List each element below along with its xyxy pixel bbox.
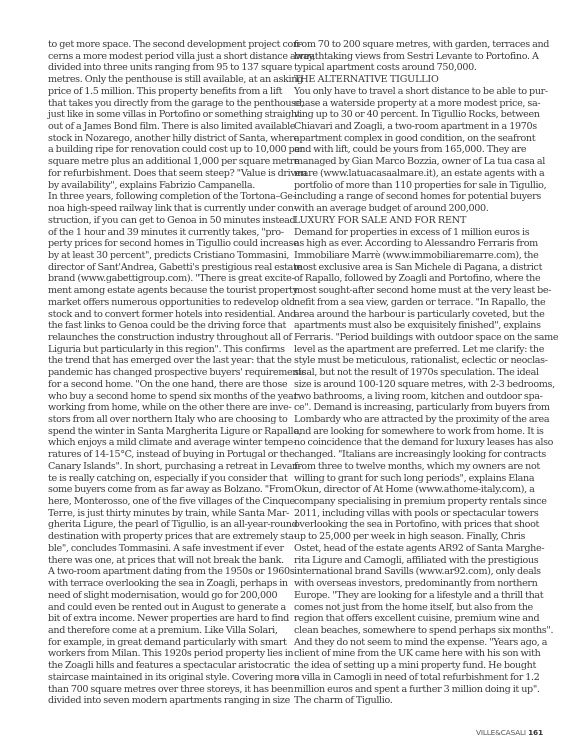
- article-text-line: the idea of setting up a mini property f…: [294, 660, 523, 672]
- article-text-line: ce". Demand is increasing, particularly …: [294, 402, 523, 414]
- article-text-line: price of 1.5 million. This property bene…: [48, 86, 274, 98]
- article-text-line: by at least 30 percent", predicts Cristi…: [48, 250, 274, 262]
- article-text-line: noa high-speed railway link that is curr…: [48, 203, 274, 215]
- article-text-line: most sought-after second home must at th…: [294, 285, 523, 297]
- article-text-line: for example, in great demand particularl…: [48, 637, 274, 649]
- article-text-line: Ostet, head of the estate agents AR92 of…: [294, 543, 523, 555]
- article-text-line: Canary Islands". In short, purchasing a …: [48, 461, 274, 473]
- article-text-line: ment among estate agents because the tou…: [48, 285, 274, 297]
- article-text-line: Immobiliare Marrè (www.immobiliaremarre.…: [294, 250, 523, 262]
- article-text-line: a villa in Camogli in need of total refu…: [294, 672, 523, 684]
- article-text-line: 2011, including villas with pools or spe…: [294, 508, 523, 520]
- article-text-line: spend the winter in Santa Margherita Lig…: [48, 426, 274, 438]
- article-text-line: with terrace overlooking the sea in Zoag…: [48, 578, 274, 590]
- article-text-line: of the 1 hour and 39 minutes it currentl…: [48, 227, 274, 239]
- article-text-line: there was one, at prices that will not b…: [48, 555, 274, 567]
- article-text-line: stors from all over northern Italy who a…: [48, 414, 274, 426]
- article-text-line: te is really catching on, especially if …: [48, 473, 274, 485]
- article-text-line: stock and to convert former hotels into …: [48, 309, 274, 321]
- article-text-line: that takes you directly from the garage …: [48, 98, 274, 110]
- article-text-line: two bathrooms, a living room, kitchen an…: [294, 391, 523, 403]
- article-text-line: perty prices for second homes in Tigulli…: [48, 238, 274, 250]
- section-heading: THE ALTERNATIVE TIGULLIO: [294, 74, 523, 86]
- article-text-line: which enjoys a mild climate and average …: [48, 437, 274, 449]
- article-text-line: breathtaking views from Sestri Levante t…: [294, 51, 523, 63]
- page-number: 161: [528, 728, 543, 737]
- article-text-line: from three to twelve months, which my ow…: [294, 461, 523, 473]
- article-text-line: ble", concludes Tommasini. A safe invest…: [48, 543, 274, 555]
- article-text-line: Ferraris. "Period buildings with outdoor…: [294, 332, 523, 344]
- article-text-line: a building ripe for renovation could cos…: [48, 144, 274, 156]
- article-text-line: million euros and spent a further 3 mill…: [294, 684, 523, 696]
- article-text-line: A two-room apartment dating from the 195…: [48, 566, 274, 578]
- article-left-column: to get more space. The second developmen…: [48, 39, 274, 707]
- article-text-line: Lombardy who are attracted by the proxim…: [294, 414, 523, 426]
- article-text-line: company specialising in premium property…: [294, 496, 523, 508]
- article-text-line: changed. "Italians are increasingly look…: [294, 449, 523, 461]
- article-text-line: and with lift, could be yours from 165,0…: [294, 144, 523, 156]
- article-text-line: gherita Ligure, the pearl of Tigullio, i…: [48, 519, 274, 531]
- article-text-line: market offers numerous opportunities to …: [48, 297, 274, 309]
- article-text-line: and could even be rented out in August t…: [48, 602, 274, 614]
- article-text-line: stock in Nozarego, another hilly distric…: [48, 133, 274, 145]
- article-text-line: apartments must also be exquisitely fini…: [294, 320, 523, 332]
- article-text-line: overlooking the sea in Portofino, with p…: [294, 519, 523, 531]
- article-text-line: relaunches the construction industry thr…: [48, 332, 274, 344]
- article-text-line: The charm of Tigullio.: [294, 695, 523, 707]
- article-text-line: workers from Milan. This 1920s period pr…: [48, 648, 274, 660]
- article-text-line: the fast links to Genoa could be the dri…: [48, 320, 274, 332]
- article-text-line: international brand Savills (www.ar92.co…: [294, 566, 523, 578]
- article-text-line: apartment complex in good condition, on …: [294, 133, 523, 145]
- article-text-line: some buyers come from as far away as Bol…: [48, 484, 274, 496]
- article-text-line: no coincidence that the demand for luxur…: [294, 437, 523, 449]
- article-text-line: director of Sant'Andrea, Gabetti's prest…: [48, 262, 274, 274]
- article-text-line: the Zoagli hills and features a spectacu…: [48, 660, 274, 672]
- article-text-line: for a second home. "On the one hand, the…: [48, 379, 274, 391]
- article-text-line: sical, but not the result of 1970s specu…: [294, 367, 523, 379]
- article-text-line: need of slight modernisation, would go f…: [48, 590, 274, 602]
- article-text-line: cerns a more modest period villa just a …: [48, 51, 274, 63]
- article-text-line: of Rapallo, followed by Zoagli and Porto…: [294, 273, 523, 285]
- article-text-line: by availability", explains Fabrizio Camp…: [48, 180, 274, 192]
- article-text-line: Demand for properties in excess of 1 mil…: [294, 227, 523, 239]
- article-text-line: for refurbishment. Does that seem steep?…: [48, 168, 274, 180]
- article-text-line: brand (www.gabettigroup.com). "There is …: [48, 273, 274, 285]
- article-text-line: staircase maintained in its original sty…: [48, 672, 274, 684]
- article-text-line: region that offers excellent cuisine, pr…: [294, 613, 523, 625]
- article-text-line: and are looking for somewhere to work fr…: [294, 426, 523, 438]
- article-text-line: divided into seven modern apartments ran…: [48, 695, 274, 707]
- article-text-line: up to 25,000 per week in high season. Fi…: [294, 531, 523, 543]
- article-text-line: ving up to 30 or 40 percent. In Tigullio…: [294, 109, 523, 121]
- article-text-line: In three years, following completion of …: [48, 191, 274, 203]
- article-text-line: area around the harbour is particularly …: [294, 309, 523, 321]
- article-text-line: most exclusive area is San Michele di Pa…: [294, 262, 523, 274]
- article-text-line: And they do not seem to mind the expense…: [294, 637, 523, 649]
- article-text-line: square metre plus an additional 1,000 pe…: [48, 156, 274, 168]
- article-text-line: comes not just from the home itself, but…: [294, 602, 523, 614]
- article-text-line: destination with property prices that ar…: [48, 531, 274, 543]
- article-text-line: who buy a second home to spend six month…: [48, 391, 274, 403]
- article-text-line: ratures of 14-15°C, instead of buying in…: [48, 449, 274, 461]
- article-right-column: from 70 to 200 square metres, with garde…: [294, 39, 523, 707]
- page-footer: VILLE&CASALI 161: [476, 728, 543, 737]
- article-text-line: typical apartment costs around 750,000.: [294, 62, 523, 74]
- article-text-line: mare (www.latuacasaalmare.it), an estate…: [294, 168, 523, 180]
- article-text-line: managed by Gian Marco Bozzia, owner of L…: [294, 156, 523, 168]
- article-text-line: style must be meticulous, rationalist, e…: [294, 355, 523, 367]
- article-text-line: the trend that has emerged over the last…: [48, 355, 274, 367]
- article-text-line: client of mine from the UK came here wit…: [294, 648, 523, 660]
- article-text-line: willing to grant for such long periods",…: [294, 473, 523, 485]
- article-text-line: nefit from a sea view, garden or terrace…: [294, 297, 523, 309]
- article-text-line: Chiavari and Zoagli, a two-room apartmen…: [294, 121, 523, 133]
- article-text-line: Liguria but particularly in this region"…: [48, 344, 274, 356]
- article-text-line: including a range of second homes for po…: [294, 191, 523, 203]
- article-text-line: pandemic has changed prospective buyers'…: [48, 367, 274, 379]
- article-text-line: with overseas investors, predominantly f…: [294, 578, 523, 590]
- article-text-line: portfolio of more than 110 properties fo…: [294, 180, 523, 192]
- article-text-line: rita Ligure and Camogli, affiliated with…: [294, 555, 523, 567]
- article-text-line: level as the apartment are preferred. Le…: [294, 344, 523, 356]
- magazine-page: to get more space. The second developmen…: [0, 0, 580, 749]
- article-text-line: chase a waterside property at a more mod…: [294, 98, 523, 110]
- article-text-line: Okun, director of At Home (www.athome-it…: [294, 484, 523, 496]
- article-text-line: to get more space. The second developmen…: [48, 39, 274, 51]
- article-text-line: just like in some villas in Portofino or…: [48, 109, 274, 121]
- article-text-line: as high as ever. According to Alessandro…: [294, 238, 523, 250]
- article-text-line: divided into three units ranging from 95…: [48, 62, 274, 74]
- article-text-line: bit of extra income. Newer properties ar…: [48, 613, 274, 625]
- article-text-line: out of a James Bond film. There is also …: [48, 121, 274, 133]
- article-text-line: You only have to travel a short distance…: [294, 86, 523, 98]
- article-text-line: with an average budget of around 200,000…: [294, 203, 523, 215]
- section-heading: LUXURY FOR SALE AND FOR RENT: [294, 215, 523, 227]
- article-text-line: metres. Only the penthouse is still avai…: [48, 74, 274, 86]
- article-text-line: Terre, is just thirty minutes by train, …: [48, 508, 274, 520]
- article-text-line: size is around 100-120 square metres, wi…: [294, 379, 523, 391]
- article-text-line: from 70 to 200 square metres, with garde…: [294, 39, 523, 51]
- article-text-line: clean beaches, somewhere to spend perhap…: [294, 625, 523, 637]
- article-text-line: Europe. "They are looking for a lifestyl…: [294, 590, 523, 602]
- article-text-line: struction, if you can get to Genoa in 50…: [48, 215, 274, 227]
- article-text-line: working from home, while on the other th…: [48, 402, 274, 414]
- magazine-name: VILLE&CASALI: [476, 728, 526, 737]
- article-text-line: and therefore come at a premium. Like Vi…: [48, 625, 274, 637]
- article-text-line: here, Monterosso, one of the five villag…: [48, 496, 274, 508]
- article-text-line: than 700 square metres over three storey…: [48, 684, 274, 696]
